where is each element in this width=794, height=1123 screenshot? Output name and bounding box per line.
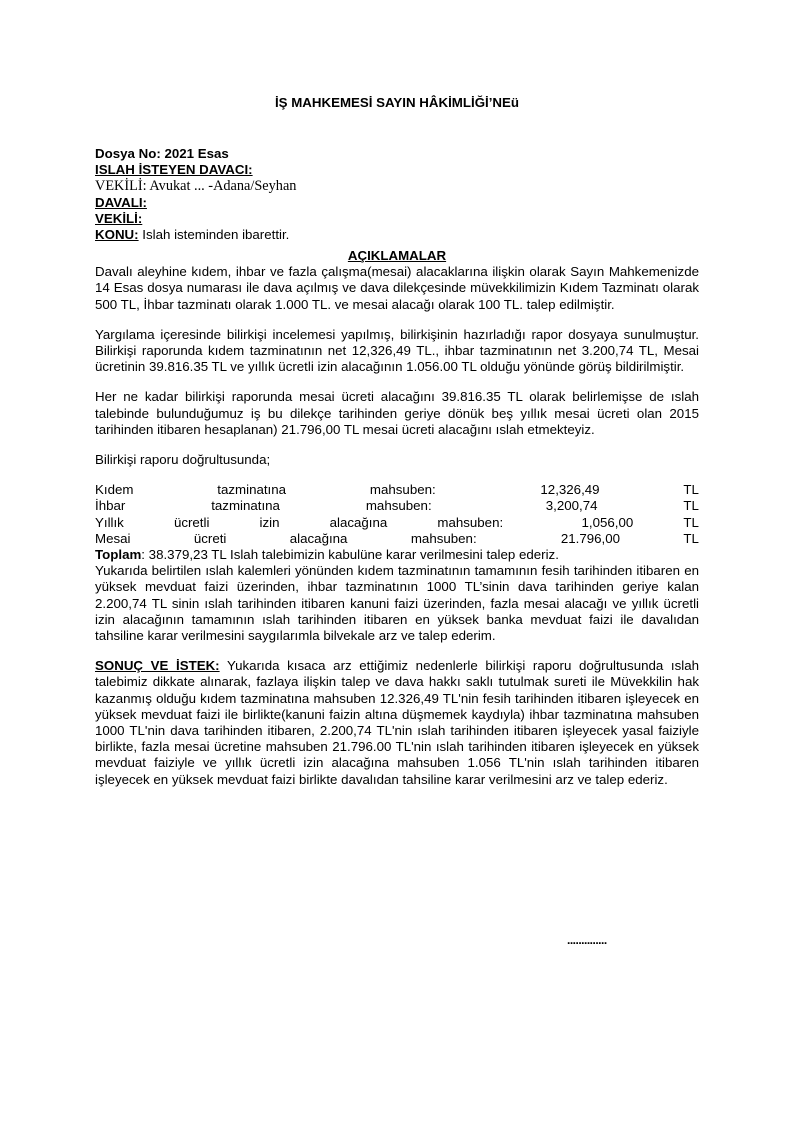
claim-word: tazminatına bbox=[217, 482, 286, 498]
claim-word: tazminatına bbox=[211, 498, 280, 514]
claim-row: Kıdemtazminatınamahsuben:12,326,49TL bbox=[95, 482, 699, 498]
claim-row: Yıllıkücretliizinalacağınamahsuben:1,056… bbox=[95, 515, 699, 531]
defendant-attorney-label: VEKİLİ: bbox=[95, 211, 142, 226]
paragraph-overtime-amendment: Her ne kadar bilirkişi raporunda mesai ü… bbox=[95, 389, 699, 438]
total-label: Toplam bbox=[95, 547, 141, 562]
subject-label: KONU: bbox=[95, 227, 139, 242]
plaintiff-attorney-label: VEKİLİ: bbox=[95, 178, 147, 194]
plaintiff-label: ISLAH İSTEYEN DAVACI: bbox=[95, 162, 253, 177]
claim-word: mahsuben: bbox=[366, 498, 432, 514]
total-line: Toplam: 38.379,23 TL Islah talebimizin k… bbox=[95, 547, 699, 563]
claim-word: İhbar bbox=[95, 498, 125, 514]
conclusion-text: Yukarıda kısaca arz ettiğimiz nedenlerle… bbox=[95, 658, 699, 786]
subject-value: Islah isteminden ibarettir. bbox=[139, 227, 290, 242]
case-header: Dosya No: 2021 Esas ISLAH İSTEYEN DAVACI… bbox=[95, 146, 699, 243]
plaintiff-attorney-line: VEKİLİ: Avukat ... -Adana/Seyhan bbox=[95, 178, 699, 194]
claim-currency: TL bbox=[683, 531, 699, 547]
subject-line: KONU: Islah isteminden ibarettir. bbox=[95, 227, 699, 243]
claim-word: mahsuben: bbox=[370, 482, 436, 498]
defendant-label: DAVALI: bbox=[95, 195, 147, 210]
document-body: AÇIKLAMALAR Davalı aleyhine kıdem, ihbar… bbox=[95, 248, 699, 788]
claim-word: ücreti bbox=[194, 531, 227, 547]
claim-currency: TL bbox=[683, 498, 699, 514]
conclusion-label: SONUÇ VE İSTEK: bbox=[95, 658, 220, 673]
claim-word: Kıdem bbox=[95, 482, 133, 498]
claim-word: alacağına bbox=[330, 515, 388, 531]
case-file-number: Dosya No: 2021 Esas bbox=[95, 146, 699, 162]
claim-row: İhbartazminatınamahsuben:3,200,74TL bbox=[95, 498, 699, 514]
claim-currency: TL bbox=[683, 482, 699, 498]
claim-amount: 21.796,00 bbox=[540, 531, 620, 547]
paragraph-per-report: Bilirkişi raporu doğrultusunda; bbox=[95, 452, 699, 468]
claim-currency: TL bbox=[683, 515, 699, 531]
claim-word: alacağına bbox=[290, 531, 348, 547]
signature-placeholder: .............. bbox=[567, 932, 607, 948]
claims-list: Kıdemtazminatınamahsuben:12,326,49TLİhba… bbox=[95, 482, 699, 547]
claim-word: izin bbox=[260, 515, 280, 531]
claim-amount: 12,326,49 bbox=[520, 482, 600, 498]
claim-word: Mesai bbox=[95, 531, 130, 547]
total-value: : 38.379,23 TL Islah talebimizin kabulün… bbox=[141, 547, 559, 562]
claim-row: Mesaiücretialacağınamahsuben:21.796,00TL bbox=[95, 531, 699, 547]
document-title: İŞ MAHKEMESİ SAYIN HÂKİMLİĞİ’NEü bbox=[95, 95, 699, 111]
paragraph-lawsuit-filed: Davalı aleyhine kıdem, ihbar ve fazla ça… bbox=[95, 264, 699, 313]
claim-amount: 3,200,74 bbox=[518, 498, 598, 514]
plaintiff-attorney-value: Avukat ... -Adana/Seyhan bbox=[147, 178, 297, 194]
claim-word: mahsuben: bbox=[411, 531, 477, 547]
claim-word: mahsuben: bbox=[437, 515, 503, 531]
claim-amount: 1,056,00 bbox=[553, 515, 633, 531]
claim-word: ücretli bbox=[174, 515, 209, 531]
claim-word: Yıllık bbox=[95, 515, 124, 531]
conclusion-paragraph: SONUÇ VE İSTEK: Yukarıda kısaca arz etti… bbox=[95, 658, 699, 788]
paragraph-expert-report: Yargılama içeresinde bilirkişi incelemes… bbox=[95, 327, 699, 376]
paragraph-interest-request: Yukarıda belirtilen ıslah kalemleri yönü… bbox=[95, 563, 699, 644]
explanations-heading: AÇIKLAMALAR bbox=[95, 248, 699, 264]
